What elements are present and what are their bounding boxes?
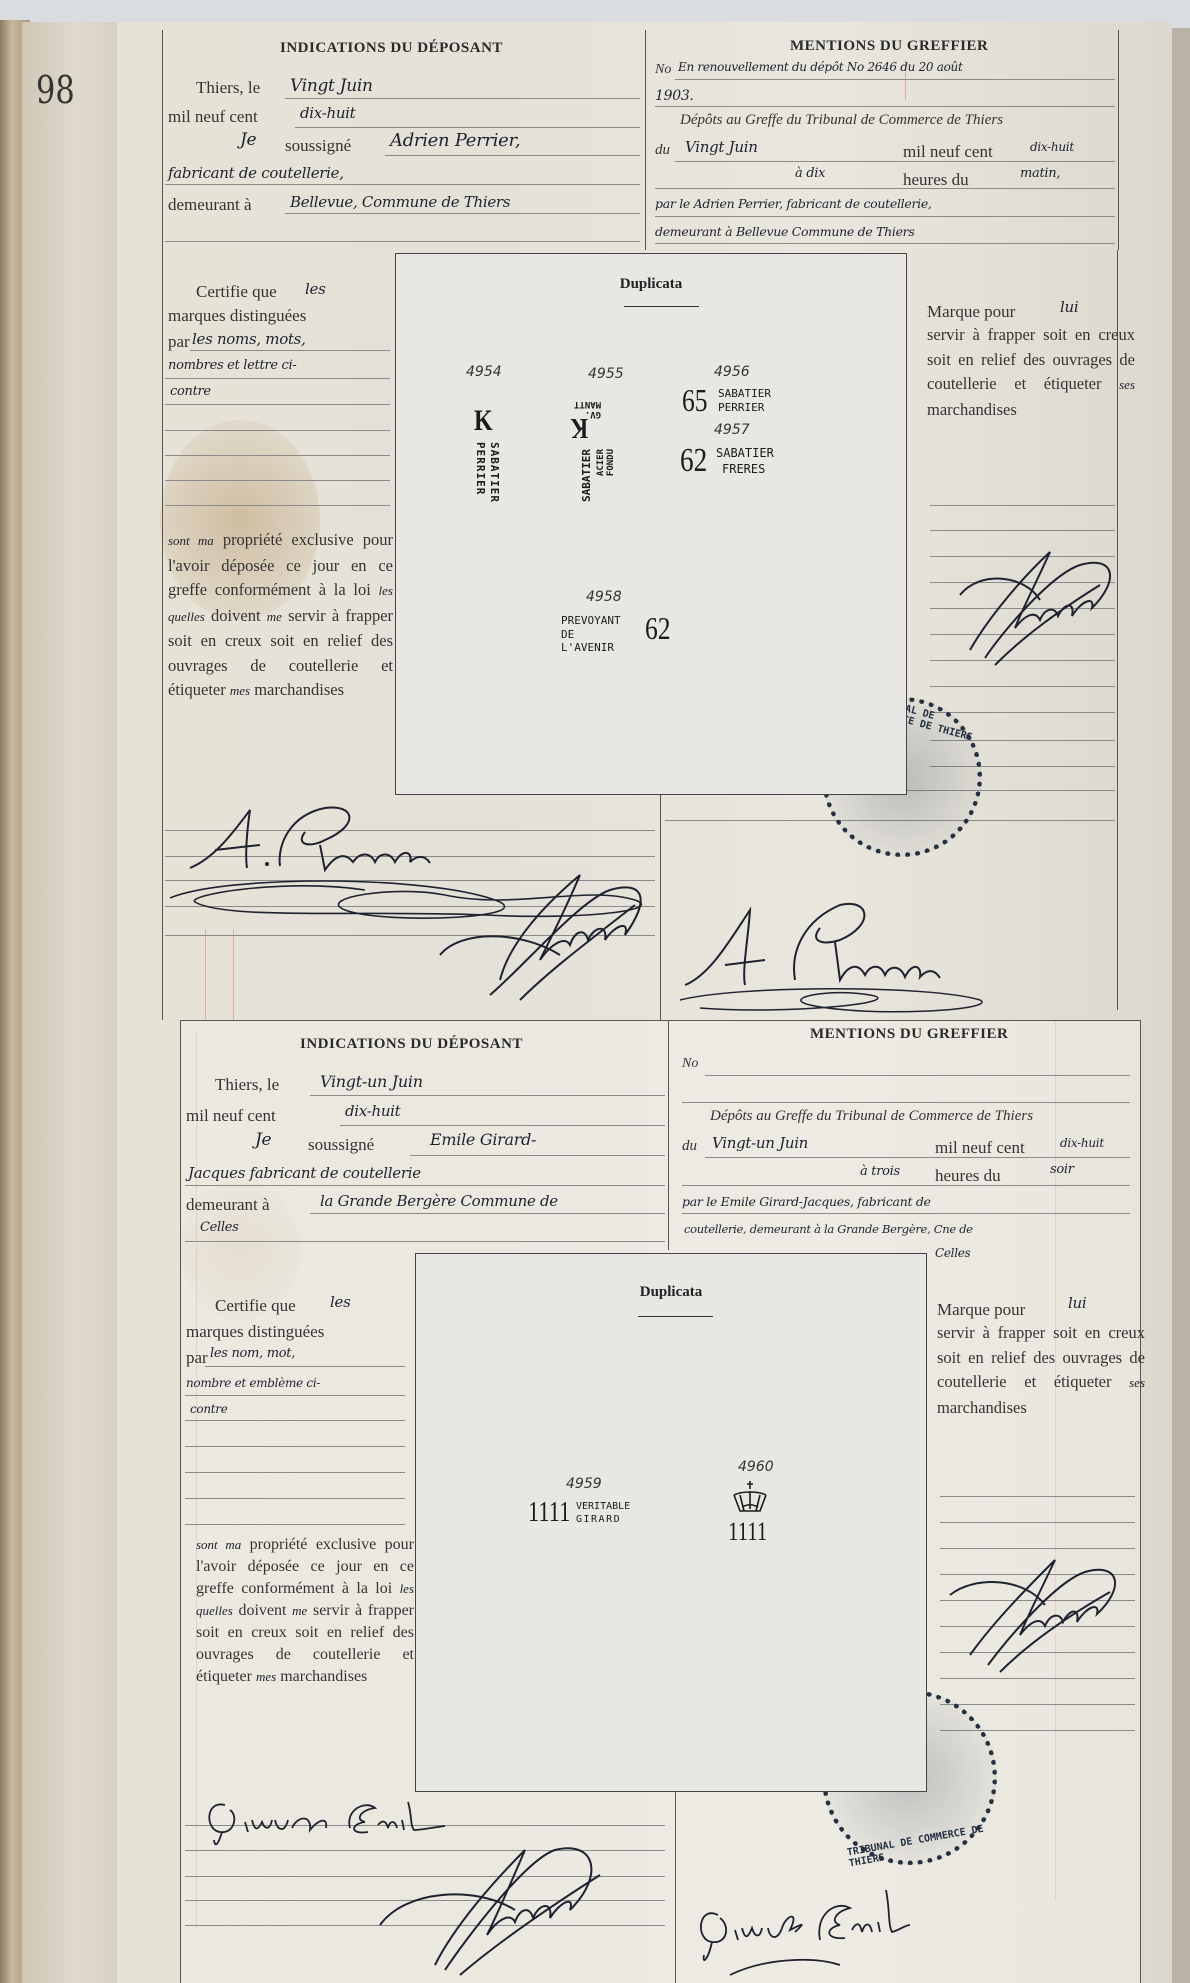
- crown-icon: [730, 1479, 770, 1517]
- form-line: [185, 1524, 405, 1525]
- form-line: [165, 404, 390, 405]
- page-number: 98: [36, 68, 75, 112]
- year-field: dix-huit: [345, 1102, 400, 1120]
- stamp-line: SABATIER: [716, 446, 774, 460]
- me-hand: me: [292, 1603, 307, 1618]
- certifie-label: Certifie que: [215, 1296, 296, 1316]
- column-divider: [660, 795, 661, 1020]
- prop-hand: sont ma: [196, 1537, 241, 1552]
- form-line: [185, 1395, 405, 1396]
- form-line: [185, 1498, 405, 1499]
- form-line: [165, 184, 640, 185]
- page-margin: [22, 22, 117, 1983]
- hour-field: à dix: [795, 166, 825, 181]
- year-label: mil neuf cent: [186, 1106, 276, 1126]
- form-line: [682, 1213, 1130, 1214]
- greffier-heading: MENTIONS DU GREFFIER: [790, 38, 988, 55]
- marque-text: servir à frapper soit en creux soit en r…: [937, 1323, 1145, 1391]
- marque-paragraph: servir à frapper soit en creux soit en r…: [937, 1321, 1145, 1420]
- name-field: Emile Girard-: [430, 1130, 536, 1149]
- form-line: [682, 1102, 1130, 1103]
- marque-label: Marque pour: [927, 302, 1015, 322]
- stamp-line: PERRIER: [718, 401, 764, 414]
- marque-label: Marque pour: [937, 1300, 1025, 1320]
- greffier-marchandises-label: marchandises: [937, 1398, 1027, 1417]
- je-field: Je: [240, 130, 256, 150]
- property-paragraph: sont ma propriété exclusive pour l'avoir…: [196, 1534, 414, 1688]
- date-field: Vingt Juin: [290, 76, 373, 96]
- form-line: [185, 1241, 665, 1242]
- form-line: [295, 127, 640, 128]
- form-line: [285, 213, 640, 214]
- greffier-clerk-signature: [940, 540, 1130, 670]
- form-line: [682, 1185, 1130, 1186]
- form-line: [940, 1704, 1135, 1705]
- du-field: Vingt-un Juin: [712, 1134, 808, 1152]
- right-border: [1140, 1020, 1141, 1983]
- address-field: Bellevue, Commune de Thiers: [290, 193, 510, 211]
- duplicata-title: Duplicata: [416, 1284, 926, 1301]
- me-hand: me: [267, 609, 282, 624]
- form-line: [705, 1157, 1130, 1158]
- form-line: [940, 1496, 1135, 1497]
- city-label: Thiers, le: [196, 78, 260, 98]
- marque-field: lui: [1060, 298, 1078, 316]
- form-line: [285, 98, 640, 99]
- duplicata-title: Duplicata: [396, 276, 906, 293]
- period-field: matin,: [1020, 166, 1060, 181]
- mark-number: 4959: [566, 1476, 602, 1492]
- heures-label: heures du: [903, 170, 969, 190]
- stamp-line: FRERES: [722, 462, 765, 476]
- stamp-line: VERITABLE: [576, 1501, 630, 1512]
- marchandises-label: marchandises: [280, 1668, 367, 1685]
- duplicata-rule: [624, 306, 699, 307]
- profession-field: Jacques fabricant de coutellerie: [188, 1164, 421, 1182]
- par-field: par le Adrien Perrier, fabricant de cout…: [655, 196, 932, 211]
- du-field: Vingt Juin: [685, 138, 758, 156]
- greffier-depositor-signature: [670, 880, 990, 1020]
- form-line: [310, 1213, 665, 1214]
- form-line: [385, 155, 640, 156]
- city-label: Thiers, le: [215, 1075, 279, 1095]
- form-line: [940, 1548, 1135, 1549]
- demeurant-label: demeurant à: [168, 195, 252, 215]
- form-line: [185, 1446, 405, 1447]
- depots-label: Dépôts au Greffe du Tribunal de Commerce…: [710, 1108, 1033, 1125]
- form-line: [190, 350, 390, 351]
- stamp-line: DE L'AVENIR: [561, 628, 614, 654]
- je-field: Je: [255, 1130, 271, 1150]
- greffier-address-field: demeurant à Bellevue Commune de Thiers: [655, 224, 914, 239]
- duplicata-rule: [638, 1316, 713, 1317]
- form-line: [165, 378, 390, 379]
- column-divider: [675, 1790, 676, 1983]
- soussigne-label: soussigné: [308, 1135, 374, 1155]
- date-field: Vingt-un Juin: [320, 1072, 423, 1091]
- marques-label: marques distinguées: [186, 1322, 324, 1342]
- ses-hand: ses: [1129, 1375, 1145, 1390]
- stamp-line: ACIER FONDU: [596, 449, 616, 476]
- mes-hand: mes: [256, 1669, 276, 1684]
- stamp-line: SABATIER: [580, 449, 593, 502]
- form-line: [675, 161, 1115, 162]
- demeurant-label: demeurant à: [186, 1195, 270, 1215]
- form-line: [930, 686, 1115, 687]
- stamp-numeral: 62: [680, 442, 707, 480]
- form-line: [930, 530, 1115, 531]
- year-label: mil neuf cent: [168, 107, 258, 127]
- form-line: [655, 216, 1115, 217]
- mark-number: 4960: [738, 1459, 774, 1475]
- column-divider: [668, 1020, 669, 1250]
- depositant-heading: INDICATIONS DU DÉPOSANT: [300, 1036, 523, 1053]
- stamp-numeral: 1111: [528, 1497, 570, 1529]
- prop-hand: sont ma: [168, 533, 214, 548]
- par-field: les nom, mot,: [210, 1346, 295, 1361]
- depositant-heading: INDICATIONS DU DÉPOSANT: [280, 40, 503, 57]
- mark-number: 4958: [586, 589, 622, 605]
- year-field: dix-huit: [300, 104, 355, 122]
- stamp-letter: K: [474, 404, 493, 438]
- form-line: [340, 1125, 665, 1126]
- par-field-2: nombres et lettre ci-: [168, 358, 296, 373]
- par-field: les noms, mots,: [192, 330, 306, 348]
- marchandises-label: marchandises: [254, 680, 344, 699]
- stamp-line: SABATIER: [718, 387, 771, 400]
- form-line: [410, 1155, 665, 1156]
- form-line: [940, 1522, 1135, 1523]
- greffier-address-field-2: Celles: [935, 1246, 970, 1260]
- stamp-letter: K: [571, 411, 588, 443]
- greffier-address-field: coutellerie, demeurant à la Grande Bergè…: [684, 1222, 973, 1236]
- greffier-heading: MENTIONS DU GREFFIER: [810, 1026, 1008, 1043]
- form-line: [165, 480, 390, 481]
- duplicata-box: Duplicata 4954 K SABATIER PERRIER 4955 G…: [395, 253, 907, 795]
- form-line: [185, 1420, 405, 1421]
- form-line: [165, 430, 390, 431]
- marque-paragraph: servir à frapper soit en creux soit en r…: [927, 323, 1135, 422]
- certifie-field: les: [305, 280, 325, 298]
- du-label: du: [655, 142, 670, 159]
- hour-field: à trois: [860, 1164, 900, 1179]
- mark-number: 4954: [466, 364, 502, 380]
- marque-text: servir à frapper soit en creux soit en r…: [927, 325, 1135, 393]
- par-field-3: contre: [190, 1402, 228, 1416]
- greffier-year-field: dix-huit: [1060, 1136, 1104, 1150]
- form-line: [185, 1185, 665, 1186]
- form-line: [655, 243, 1115, 244]
- greffier-clerk-signature: [940, 1550, 1140, 1680]
- form-line: [165, 455, 390, 456]
- par-field-2: nombre et emblème ci-: [186, 1376, 320, 1390]
- stamp-numeral: 65: [682, 382, 708, 419]
- mark-number: 4956: [714, 364, 750, 380]
- form-line: [165, 241, 640, 242]
- no-field-2: 1903.: [655, 88, 694, 104]
- form-line: [205, 1366, 405, 1367]
- certifie-field: les: [330, 1293, 350, 1311]
- stamp-line: SABATIER: [488, 442, 501, 503]
- stamp-line: PERRIER: [474, 442, 487, 495]
- stamp-line: GIRARD: [576, 1514, 621, 1525]
- address-field-2: Celles: [200, 1220, 239, 1235]
- greffier-marchandises-label: marchandises: [927, 400, 1017, 419]
- mark-number: 4957: [714, 422, 750, 438]
- soussigne-label: soussigné: [285, 136, 351, 156]
- greffier-depositor-signature: [690, 1870, 930, 1980]
- form-line: [310, 1095, 665, 1096]
- certifie-label: Certifie que: [196, 282, 277, 302]
- marque-field: lui: [1068, 1294, 1086, 1312]
- par-label: par: [186, 1348, 208, 1368]
- greffier-year-label: mil neuf cent: [903, 142, 993, 162]
- stamp-numeral: 62: [645, 610, 671, 647]
- no-field: En renouvellement du dépôt No 2646 du 20…: [678, 60, 963, 74]
- name-field: Adrien Perrier,: [390, 130, 520, 151]
- form-line: [930, 505, 1115, 506]
- mark-number: 4955: [588, 366, 624, 382]
- form-line: [185, 1472, 405, 1473]
- stamp-numeral: 1111: [728, 1517, 767, 1547]
- property-paragraph: sont ma propriété exclusive pour l'avoir…: [168, 528, 393, 704]
- par-field-3: contre: [170, 384, 211, 399]
- ses-hand: ses: [1119, 377, 1135, 392]
- greffier-year-field: dix-huit: [1030, 140, 1074, 154]
- marques-label: marques distinguées: [168, 306, 306, 326]
- duplicata-box: Duplicata 4959 1111 VERITABLE GIRARD 496…: [415, 1253, 927, 1792]
- par-label: par: [168, 332, 190, 352]
- form-line: [705, 1075, 1130, 1076]
- stamp-line: PREVOYANT: [561, 614, 621, 627]
- clerk-signature: [430, 860, 650, 1010]
- form-line: [655, 188, 1115, 189]
- mes-hand: mes: [230, 683, 250, 698]
- doivent-text: doivent: [238, 1602, 286, 1619]
- period-field: soir: [1050, 1162, 1074, 1177]
- no-label: No: [655, 62, 671, 78]
- du-label: du: [682, 1138, 697, 1155]
- form-line: [930, 712, 1115, 713]
- form-line: [165, 505, 390, 506]
- form-line: [675, 79, 1115, 80]
- par-field: par le Emile Girard-Jacques, fabricant d…: [682, 1194, 931, 1209]
- heures-label: heures du: [935, 1166, 1001, 1186]
- clerk-signature: [375, 1830, 625, 1980]
- greffier-year-label: mil neuf cent: [935, 1138, 1025, 1158]
- depots-label: Dépôts au Greffe du Tribunal de Commerce…: [680, 112, 1003, 129]
- no-label: No: [682, 1056, 698, 1072]
- profession-field: fabricant de coutellerie,: [168, 164, 344, 182]
- address-field: la Grande Bergère Commune de: [320, 1192, 558, 1210]
- doivent-text: doivent: [211, 606, 261, 625]
- form-line: [655, 106, 1115, 107]
